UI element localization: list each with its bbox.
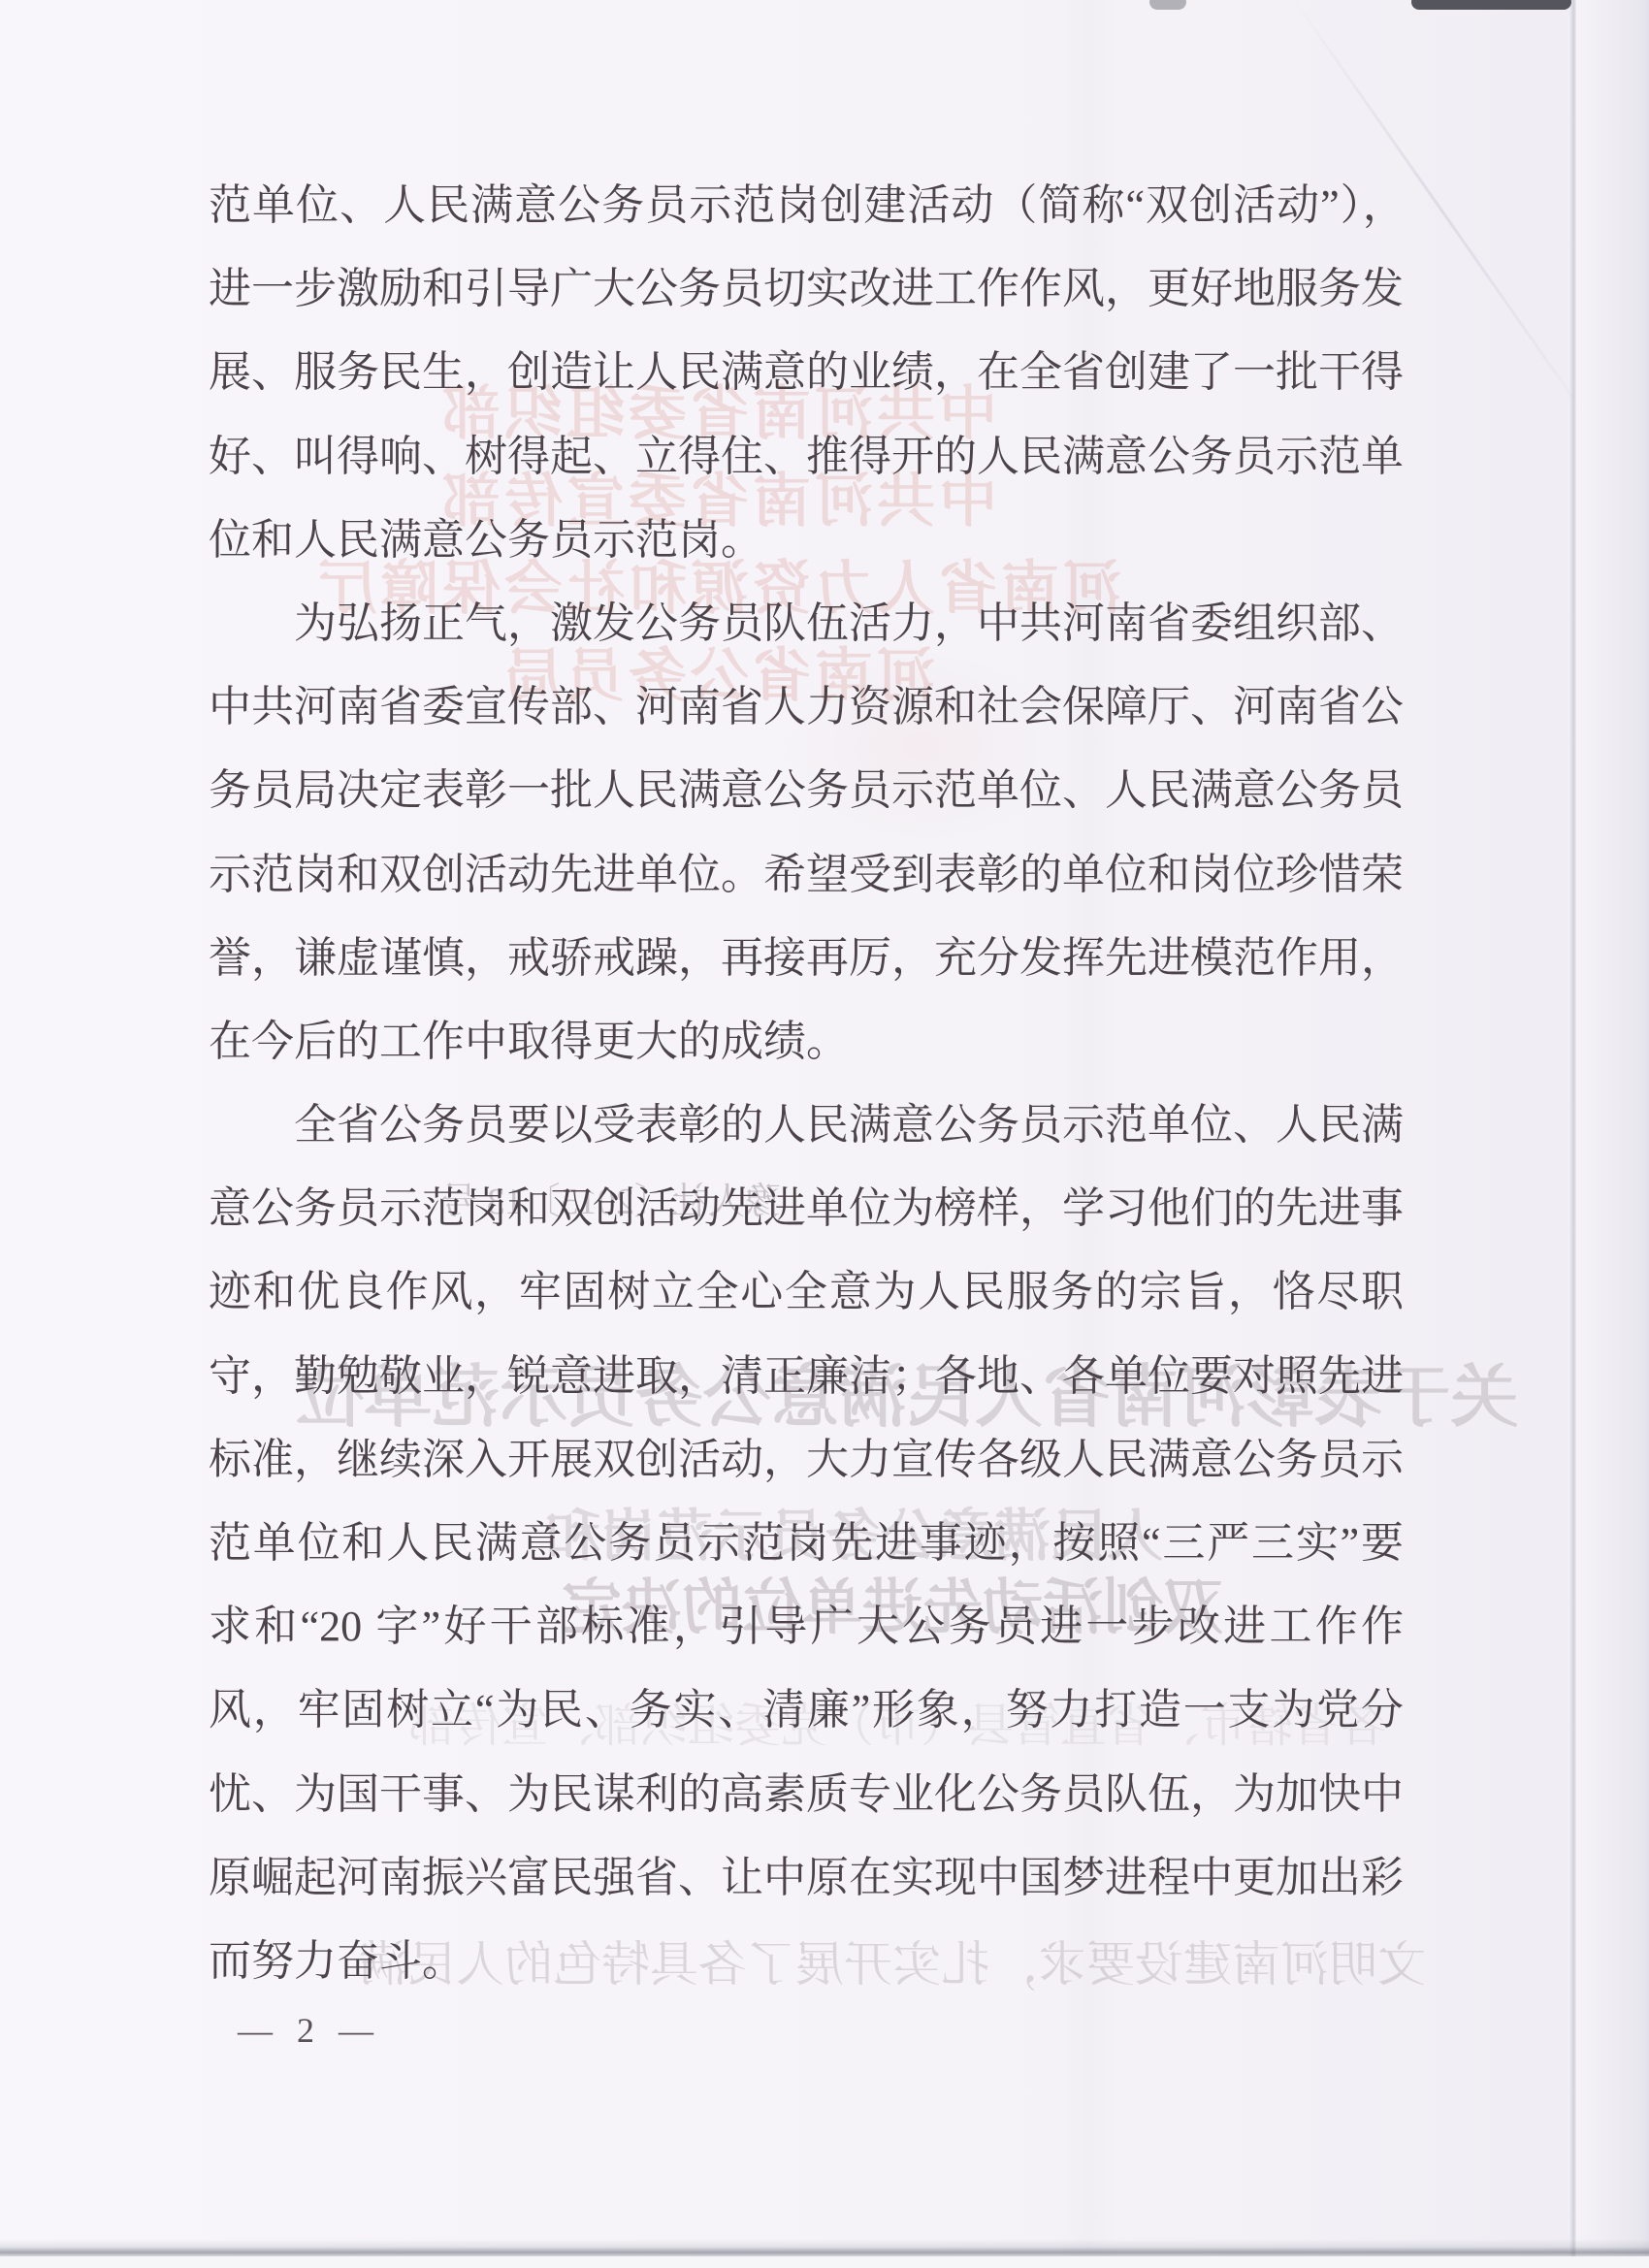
text-line: 好、叫得响、树得起、立得住、推得开的人民满意公务员示范单 — [209, 415, 1404, 499]
scanner-artifact — [1149, 0, 1186, 10]
scanned-page: 中共河南省委组织部 中共河南省委宣传部 河南省人力资源和社会保障厅 河南省公务员… — [0, 0, 1649, 2268]
text-line: 示范岗和双创活动先进单位。希望受到表彰的单位和岗位珍惜荣 — [209, 833, 1404, 917]
text-line: 在今后的工作中取得更大的成绩。 — [209, 1000, 1404, 1084]
text-line: 忧、为国干事、为民谋利的高素质专业化公务员队伍，为加快中 — [209, 1753, 1404, 1836]
scanner-artifact — [1411, 0, 1571, 10]
text-line: 范单位和人民满意公务员示范岗先进事迹，按照“三严三实”要 — [209, 1502, 1404, 1585]
text-line: 位和人民满意公务员示范岗。 — [209, 499, 1404, 582]
text-line: 中共河南省委宣传部、河南省人力资源和社会保障厅、河南省公 — [209, 665, 1404, 749]
text-line: 范单位、人民满意公务员示范岗创建活动（简称“双创活动”）， — [209, 164, 1404, 247]
scanner-background — [0, 2256, 1649, 2268]
text-line: 而努力奋斗。 — [209, 1920, 1404, 2003]
text-line: 求和“20 字”好干部标准，引导广大公务员进一步改进工作作 — [209, 1585, 1404, 1669]
page-number: — 2 — — [238, 2010, 432, 2051]
text-line: 展、服务民生，创造让人民满意的业绩，在全省创建了一批干得 — [209, 331, 1404, 414]
text-line: 守，勤勉敬业，锐意进取，清正廉洁；各地、各单位要对照先进 — [209, 1335, 1404, 1418]
text-line: 进一步激励和引导广大公务员切实改进工作作风，更好地服务发 — [209, 247, 1404, 331]
text-line: 誉，谦虚谨慎，戒骄戒躁，再接再厉，充分发挥先进模范作用， — [209, 917, 1404, 1000]
paper-bottom-edge-shadow — [0, 2239, 1649, 2256]
text-line: 迹和优良作风，牢固树立全心全意为人民服务的宗旨，恪尽职 — [209, 1250, 1404, 1334]
text-line paragraph-start: 全省公务员要以受表彰的人民满意公务员示范单位、人民满 — [209, 1084, 1404, 1167]
document-body: 范单位、人民满意公务员示范岗创建活动（简称“双创活动”）， 进一步激励和引导广大… — [209, 164, 1404, 2003]
text-line: 风，牢固树立“为民、务实、清廉”形象，努力打造一支为党分 — [209, 1669, 1404, 1752]
text-line paragraph-start: 为弘扬正气，激发公务员队伍活力，中共河南省委组织部、 — [209, 582, 1404, 665]
text-line: 标准，继续深入开展双创活动，大力宣传各级人民满意公务员示 — [209, 1418, 1404, 1502]
text-line: 原崛起河南振兴富民强省、让中原在实现中国梦进程中更加出彩 — [209, 1836, 1404, 1920]
text-line: 务员局决定表彰一批人民满意公务员示范单位、人民满意公务员 — [209, 749, 1404, 832]
paper-right-edge — [1577, 0, 1649, 2268]
text-line: 意公务员示范岗和双创活动先进单位为榜样，学习他们的先进事 — [209, 1167, 1404, 1250]
